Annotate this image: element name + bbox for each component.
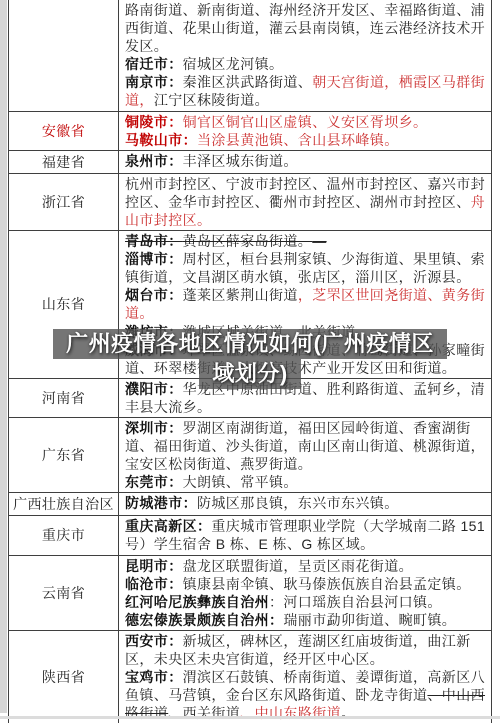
article-title-line2: 域划分) [199, 359, 300, 389]
city-entry-text: 昆明市：盘龙区联盟街道，呈贡区雨花街道。 [125, 557, 487, 575]
province-cell: 广东省 [9, 418, 119, 492]
city-entry-text: 东莞市：大朗镇、常平镇。 [125, 473, 487, 491]
province-cell: 福建省 [9, 151, 119, 173]
city-entry-text: 深圳市：罗湖区南湖街道，福田区园岭街道、香蜜湖街道、福田街道、沙头街道，南山区南… [125, 419, 487, 473]
city-entry-text: 重庆高新区：重庆城市管理职业学院（大学城南二路 151 号）学生宿舍 B 栋、E… [125, 517, 487, 553]
city-entry-text: 青岛市：黄岛区薛家岛街道。— [125, 232, 487, 250]
article-title-line1: 广州疫情各地区情况如何(广州疫情区 [53, 329, 447, 359]
region-detail-cell: 深圳市：罗湖区南湖街道，福田区园岭街道、香蜜湖街道、福田街道、沙头街道，南山区南… [119, 418, 491, 492]
table-row: 路南街道、新南街道、海州经济开发区、幸福路街道、浦西街道、花果山街道，灌云县南岗… [9, 0, 491, 111]
city-entry-text: 宿迁市：宿城区龙河镇。 [125, 55, 487, 73]
city-entry-text: 铜陵市：铜官区铜官山区虚镇、义安区胥坝乡。 [125, 113, 487, 131]
city-entry-text: 杭州市封控区、宁波市封控区、温州市封控区、嘉兴市封控区、金华市封控区、衢州市封控… [125, 175, 487, 229]
city-entry-text: 防城港市：防城区那良镇，东兴市东兴镇。 [125, 494, 487, 512]
table-row: 重庆市重庆高新区：重庆城市管理职业学院（大学城南二路 151 号）学生宿舍 B … [9, 515, 491, 554]
region-detail-cell: 防城港市：防城区那良镇，东兴市东兴镇。 [119, 493, 491, 515]
table-row: 广西壮族自治区防城港市：防城区那良镇，东兴市东兴镇。 [9, 492, 491, 515]
region-detail-cell: 路南街道、新南街道、海州经济开发区、幸福路街道、浦西街道、花果山街道，灌云县南岗… [119, 0, 491, 111]
city-entry-text: 宝鸡市：渭滨区石鼓镇、桥南街道、姜谭街道，高新区八鱼镇、马营镇，金台区东风路街道… [125, 668, 487, 722]
city-entry-text: 淄博市：周村区，桓台县荆家镇、少海街道、果里镇、索镇街道，文昌湖区萌水镇，张店区… [125, 250, 487, 286]
province-cell: 广西壮族自治区 [9, 493, 119, 515]
table-row: 浙江省杭州市封控区、宁波市封控区、温州市封控区、嘉兴市封控区、金华市封控区、衢州… [9, 173, 491, 230]
region-detail-cell: 重庆高新区：重庆城市管理职业学院（大学城南二路 151 号）学生宿舍 B 栋、E… [119, 516, 491, 554]
province-cell: 云南省 [9, 556, 119, 630]
region-detail-cell: 铜陵市：铜官区铜官山区虚镇、义安区胥坝乡。马鞍山市：当涂县黄池镇、含山县环峰镇。 [119, 112, 491, 150]
province-cell: 浙江省 [9, 174, 119, 230]
city-entry-text: 德宏傣族景颇族自治州：瑞丽市勐卯街道、畹町镇。 [125, 611, 487, 629]
city-entry-text: 泉州市：丰泽区城东街道。 [125, 152, 487, 170]
table-row: 云南省昆明市：盘龙区联盟街道，呈贡区雨花街道。临沧市：镇康县南伞镇、耿马傣族佤族… [9, 555, 491, 630]
table-row: 广东省深圳市：罗湖区南湖街道，福田区园岭街道、香蜜湖街道、福田街道、沙头街道，南… [9, 417, 491, 492]
city-entry-text: 临沧市：镇康县南伞镇、耿马傣族佤族自治县孟定镇。 [125, 575, 487, 593]
city-entry-text: 马鞍山市：当涂县黄池镇、含山县环峰镇。 [125, 131, 487, 149]
region-detail-cell: 西安市：新城区，碑林区，莲湖区红庙坡街道，曲江新区，未央区未央宫街道，经开区中心… [119, 631, 491, 723]
article-title-overlay: 广州疫情各地区情况如何(广州疫情区 域划分) [0, 329, 500, 389]
province-cell: 陕西省 [9, 631, 119, 723]
page-bottom-divider [0, 716, 500, 719]
city-entry-text: 烟台市：蓬莱区紫荆山街道，芝罘区世回尧街道、黄务街道。 [125, 286, 487, 322]
region-detail-cell: 杭州市封控区、宁波市封控区、温州市封控区、嘉兴市封控区、金华市封控区、衢州市封控… [119, 174, 491, 230]
table-row: 福建省泉州市：丰泽区城东街道。 [9, 150, 491, 173]
province-cell [9, 0, 119, 111]
region-detail-cell: 泉州市：丰泽区城东街道。 [119, 151, 491, 173]
table-row: 陕西省西安市：新城区，碑林区，莲湖区红庙坡街道，曲江新区，未央区未央宫街道，经开… [9, 630, 491, 723]
city-entry-text: 红河哈尼族彝族自治州：河口瑶族自治县河口镇。 [125, 593, 487, 611]
city-entry-text: 南京市：秦淮区洪武路街道、朝天宫街道，栖霞区马群街道，江宁区秣陵街道。 [125, 73, 487, 109]
region-detail-cell: 昆明市：盘龙区联盟街道，呈贡区雨花街道。临沧市：镇康县南伞镇、耿马傣族佤族自治县… [119, 556, 491, 630]
city-entry-text: 路南街道、新南街道、海州经济开发区、幸福路街道、浦西街道、花果山街道，灌云县南岗… [125, 1, 487, 55]
province-cell: 安徽省 [9, 112, 119, 150]
table-row: 安徽省铜陵市：铜官区铜官山区虚镇、义安区胥坝乡。马鞍山市：当涂县黄池镇、含山县环… [9, 111, 491, 150]
city-entry-text: 西安市：新城区，碑林区，莲湖区红庙坡街道，曲江新区，未央区未央宫街道，经开区中心… [125, 632, 487, 668]
province-cell: 重庆市 [9, 516, 119, 554]
